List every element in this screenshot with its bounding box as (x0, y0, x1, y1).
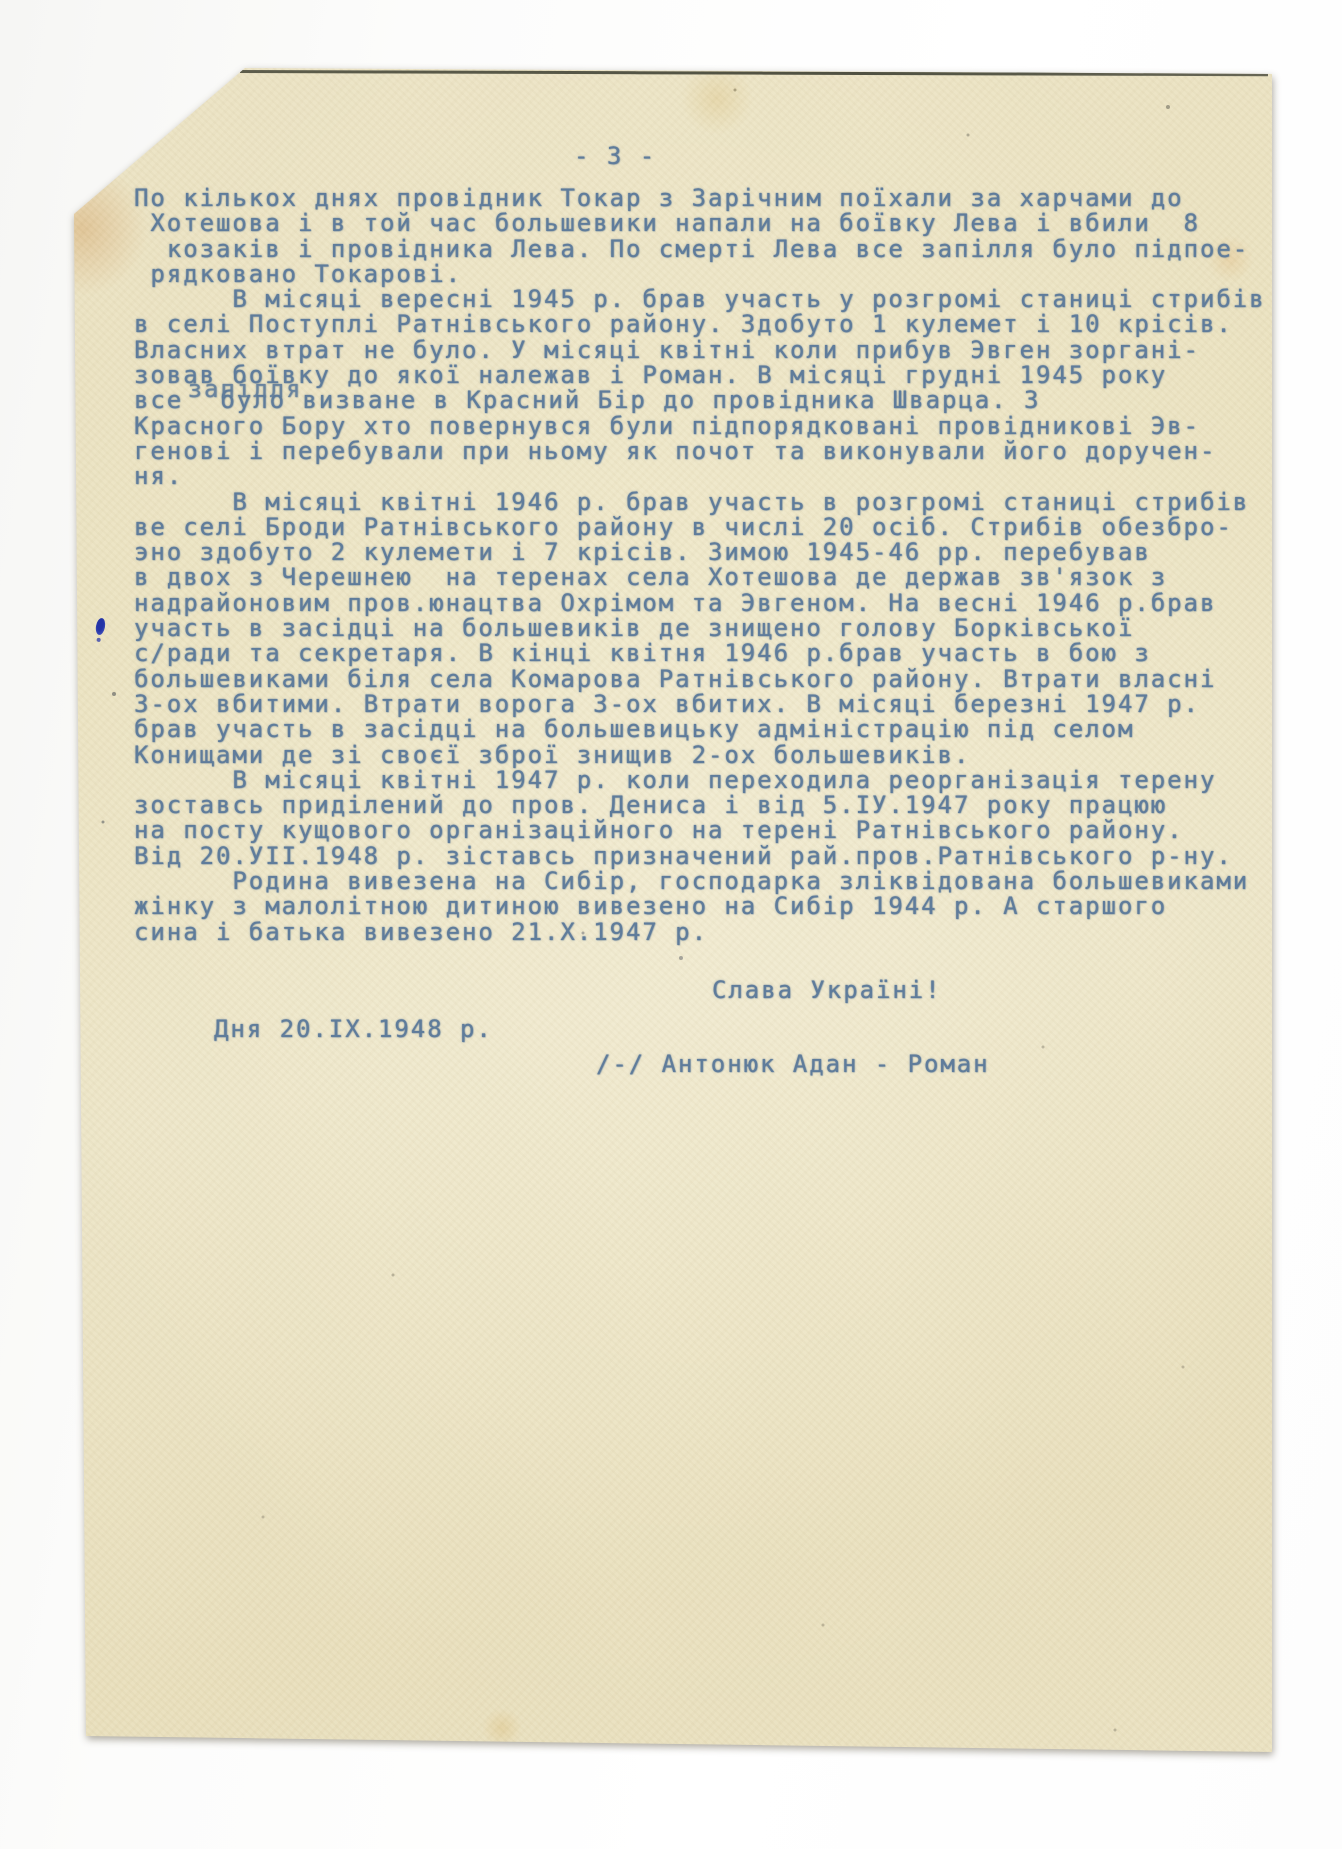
typewritten-body: По кількох днях провідник Токар з Зарічн… (134, 186, 1274, 945)
document-page: - 3 - По кількох днях провідник Токар з … (62, 64, 1272, 1752)
ink-blot (95, 617, 107, 635)
scan-background: - 3 - По кількох днях провідник Токар з … (0, 0, 1342, 1849)
page-number: - 3 - (574, 142, 656, 170)
date-line: Дня 20.ІХ.1948 р. (214, 1015, 493, 1043)
body-text-part-1: По кількох днях провідник Токар з Зарічн… (134, 184, 1266, 414)
document-page-wrapper: - 3 - По кількох днях провідник Токар з … (62, 64, 1272, 1752)
typed-insertion-word: запілля (188, 377, 303, 402)
paper-specks (62, 64, 64, 66)
slava-ukraini-line: Слава Україні! (712, 976, 942, 1004)
signature-line: /-/ Антонюк Адан - Роман (596, 1050, 990, 1078)
paper-top-edge-shadow (240, 70, 1268, 76)
body-text-part-2: було визване в Красний Бір до провідника… (134, 386, 1249, 945)
